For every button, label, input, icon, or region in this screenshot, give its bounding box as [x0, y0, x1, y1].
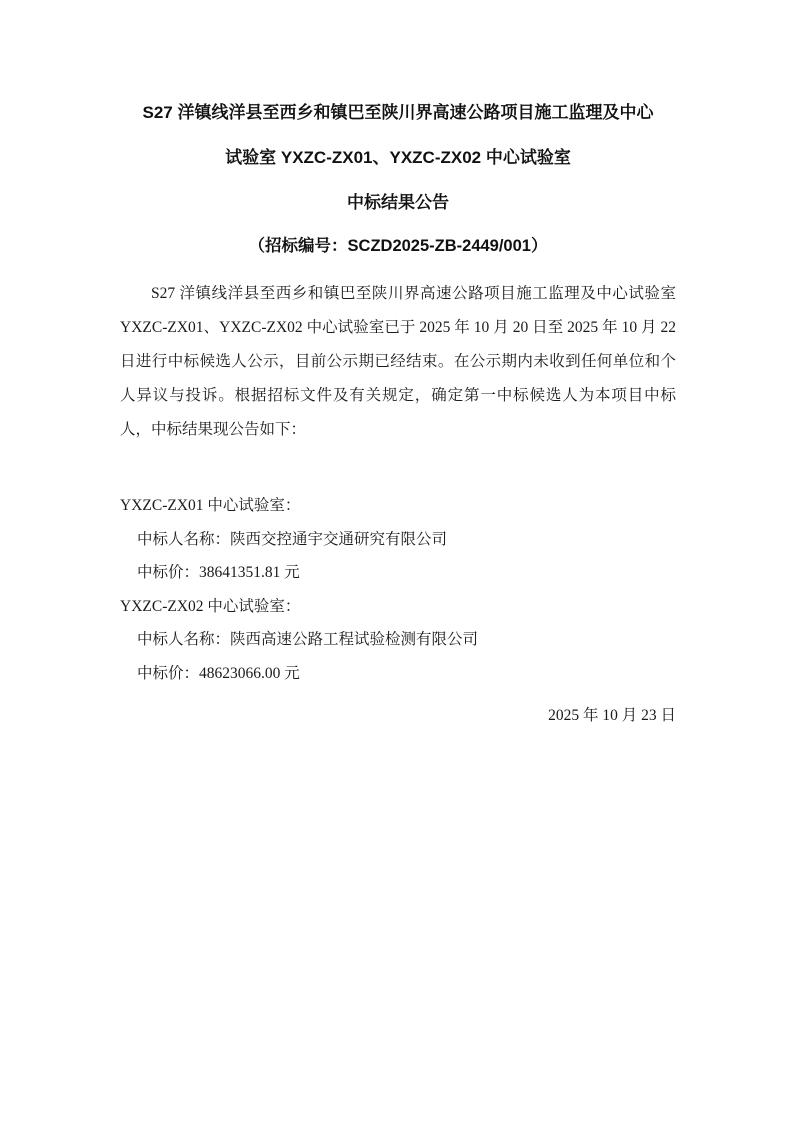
document-title: S27 洋镇线洋县至西乡和镇巴至陕川界高速公路项目施工监理及中心 试验室 YXZ…: [120, 90, 676, 180]
document-page: S27 洋镇线洋县至西乡和镇巴至陕川界高速公路项目施工监理及中心 试验室 YXZ…: [0, 0, 793, 1122]
winning-price-line: 中标价：48623066.00 元: [120, 657, 676, 691]
section-label: YXZC-ZX01 中心试验室：: [120, 489, 676, 523]
bid-number-line: （招标编号：SCZD2025-ZB-2449/001）: [120, 225, 676, 267]
document-title-line1: S27 洋镇线洋县至西乡和镇巴至陕川界高速公路项目施工监理及中心: [120, 90, 676, 135]
winner-name-line: 中标人名称：陕西高速公路工程试验检测有限公司: [120, 623, 676, 657]
announcement-title: 中标结果公告: [120, 180, 676, 225]
document-title-line2: 试验室 YXZC-ZX01、YXZC-ZX02 中心试验室: [120, 135, 676, 180]
winner-name-line: 中标人名称：陕西交控通宇交通研究有限公司: [120, 523, 676, 557]
result-section-zx02: YXZC-ZX02 中心试验室： 中标人名称：陕西高速公路工程试验检测有限公司 …: [120, 590, 676, 691]
body-paragraph: S27 洋镇线洋县至西乡和镇巴至陕川界高速公路项目施工监理及中心试验室 YXZC…: [120, 277, 676, 447]
section-label: YXZC-ZX02 中心试验室：: [120, 590, 676, 624]
document-date: 2025 年 10 月 23 日: [120, 699, 676, 733]
result-section-zx01: YXZC-ZX01 中心试验室： 中标人名称：陕西交控通宇交通研究有限公司 中标…: [120, 489, 676, 590]
results-block: YXZC-ZX01 中心试验室： 中标人名称：陕西交控通宇交通研究有限公司 中标…: [120, 489, 676, 690]
winning-price-line: 中标价：38641351.81 元: [120, 556, 676, 590]
